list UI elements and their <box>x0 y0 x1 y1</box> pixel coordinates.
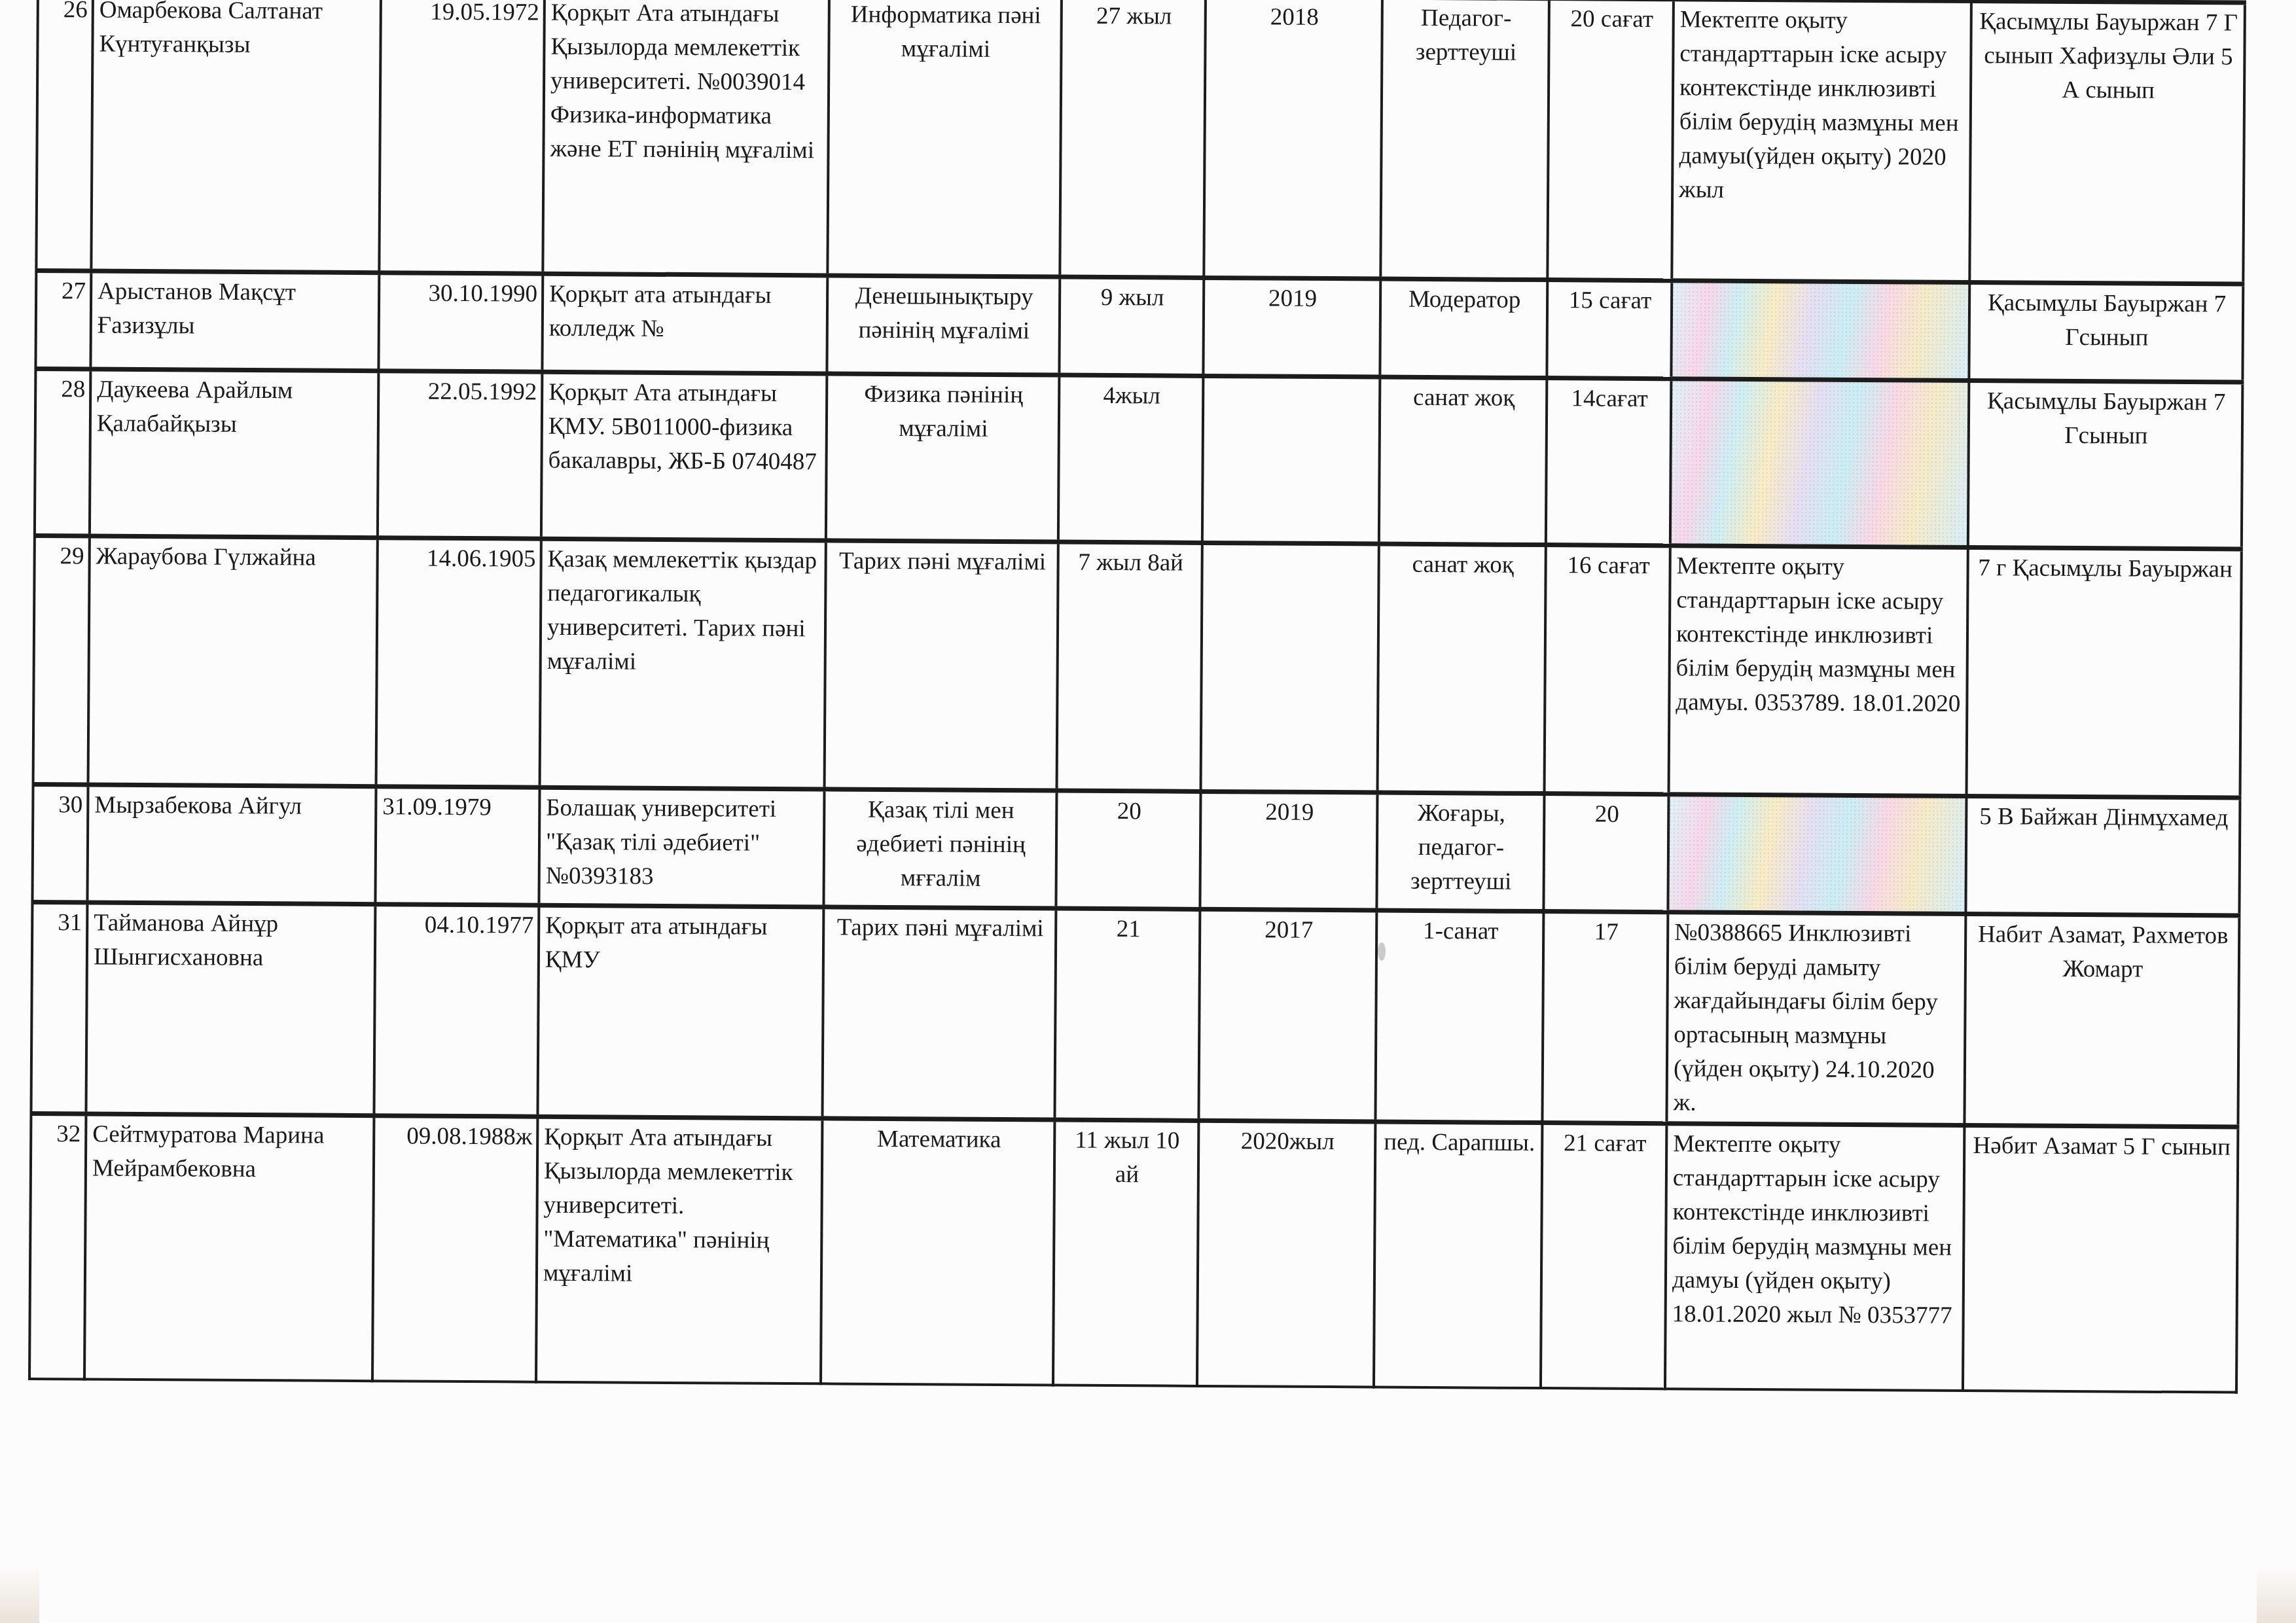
table-row: 30 Мырзабекова Айгул 31.09.1979 Болашақ … <box>32 784 2240 916</box>
teaching-load: 17 <box>1542 912 1668 1124</box>
scanned-page: 26 Омарбекова Салтанат Күнтуғанқызы 19.0… <box>0 0 2296 1623</box>
experience: 4жыл <box>1058 375 1204 543</box>
row-number: 29 <box>33 535 90 785</box>
birth-date: 19.05.1972 <box>379 0 545 274</box>
category: Модератор <box>1380 279 1547 378</box>
category: пед. Сарапшы. <box>1374 1122 1542 1388</box>
mentored-students: Қасымұлы Бауыржан 7 Гсынып <box>1968 381 2243 550</box>
row-number: 28 <box>35 369 91 537</box>
teaching-load: 20 сағат <box>1547 0 1674 281</box>
teaching-load: 20 <box>1543 794 1668 912</box>
education: Қорқыт Ата атындағы Қызылорда мемлекетті… <box>536 1116 822 1383</box>
course-certificate: Мектепте оқыту стандарттарын іске асыру … <box>1672 0 1971 283</box>
attestation-year: 2019 <box>1200 791 1377 910</box>
birth-date: 31.09.1979 <box>375 787 539 906</box>
category: Жоғары, педагог-зерттеуші <box>1376 793 1544 912</box>
education: Қорқыт ата атындағы колледж № <box>542 274 827 374</box>
attestation-year: 2017 <box>1198 909 1376 1122</box>
row-number: 32 <box>29 1113 86 1379</box>
attestation-year: 2020жыл <box>1197 1120 1375 1387</box>
teacher-name: Мырзабекова Айгул <box>87 785 376 904</box>
category: Педагог-зерттеуші <box>1380 0 1549 280</box>
birth-date: 22.05.1992 <box>378 371 543 539</box>
experience: 9 жыл <box>1059 277 1204 376</box>
mentored-students: Қасымұлы Бауыржан 7 Г сынып Хафизұлы Әли… <box>1969 1 2245 285</box>
teaching-load: 21 сағат <box>1541 1123 1666 1389</box>
subject: Физика пәнінің мұғалімі <box>826 374 1060 542</box>
attestation-year <box>1202 376 1380 544</box>
experience: 11 жыл 10 ай <box>1053 1120 1198 1385</box>
table-row: 27 Арыстанов Мақсұт Ғазизұлы 30.10.1990 … <box>35 271 2243 383</box>
table-row: 29 Жараубова Гүлжайна 14.06.1905 Қазақ м… <box>33 535 2242 798</box>
category: 1-санат <box>1375 910 1543 1123</box>
row-number: 30 <box>32 784 88 902</box>
course-certificate-hologram <box>1670 379 1969 548</box>
teacher-name: Омарбекова Салтанат Күнтуғанқызы <box>91 0 381 273</box>
attestation-year: 2019 <box>1203 277 1380 377</box>
attestation-year <box>1201 543 1379 793</box>
table-row: 26 Омарбекова Салтанат Күнтуғанқызы 19.0… <box>36 0 2245 284</box>
education: Қазақ мемлекеттік қыздар педагогикалық у… <box>540 539 826 789</box>
course-certificate: Мектепте оқыту стандарттарын іске асыру … <box>1669 546 1968 796</box>
education: Болашақ университеті "Қазақ тілі әдебиет… <box>539 787 824 907</box>
course-certificate: №0388665 Инклюзивті білім беруді дамыту … <box>1666 912 1965 1126</box>
table-row: 31 Тайманова Айнұр Шынгисхановна 04.10.1… <box>31 902 2239 1127</box>
birth-date: 30.10.1990 <box>378 273 543 372</box>
mentored-students: Қасымұлы Бауыржан 7 Гсынып <box>1969 283 2243 383</box>
teacher-name: Сейтмуратова Марина Мейрамбековна <box>84 1114 374 1381</box>
table-body: 26 Омарбекова Салтанат Күнтуғанқызы 19.0… <box>29 0 2245 1392</box>
table-row: 28 Даукеева Арайлым Қалабайқызы 22.05.19… <box>35 369 2242 550</box>
attestation-year: 2018 <box>1204 0 1382 279</box>
mentored-students: 5 В Байжан Дінмұхамед <box>1965 796 2240 916</box>
mentored-students: Нәбит Азамат 5 Г сынып <box>1963 1126 2238 1393</box>
education: Қорқыт Ата атындағы Қызылорда мемлекетті… <box>543 0 829 276</box>
mentored-students: Набит Азамат, Рахметов Жомарт <box>1964 914 2239 1128</box>
staff-table: 26 Омарбекова Салтанат Күнтуғанқызы 19.0… <box>28 0 2246 1393</box>
course-certificate-hologram <box>1668 794 1966 914</box>
teaching-load: 14сағат <box>1546 378 1672 546</box>
experience: 27 жыл <box>1060 0 1206 277</box>
teaching-load: 15 сағат <box>1547 280 1672 379</box>
teacher-name: Тайманова Айнұр Шынгисхановна <box>86 902 375 1116</box>
table-row: 32 Сейтмуратова Марина Мейрамбековна 09.… <box>29 1113 2238 1392</box>
experience: 21 <box>1054 908 1200 1120</box>
birth-date: 09.08.1988ж <box>372 1116 537 1382</box>
category: санат жоқ <box>1378 544 1546 794</box>
scan-edge-shadow <box>2257 1564 2296 1623</box>
teacher-name: Жараубова Гүлжайна <box>88 536 378 787</box>
course-certificate-hologram <box>1671 281 1969 381</box>
experience: 20 <box>1056 791 1200 909</box>
experience: 7 жыл 8ай <box>1057 542 1202 791</box>
mentored-students: 7 г Қасымұлы Бауыржан <box>1967 548 2242 798</box>
scan-edge-shadow <box>0 1564 39 1623</box>
birth-date: 04.10.1977 <box>374 904 539 1117</box>
teacher-name: Даукеева Арайлым Қалабайқызы <box>90 369 379 538</box>
scan-artifact <box>1378 942 1386 961</box>
course-certificate: Мектепте оқыту стандарттарын іске асыру … <box>1665 1124 1964 1391</box>
row-number: 27 <box>35 271 91 370</box>
subject: Тарих пәні мұғалімі <box>822 907 1056 1120</box>
subject: Математика <box>821 1118 1054 1385</box>
subject: Информатика пәні мұғалімі <box>827 0 1062 277</box>
row-number: 26 <box>36 0 93 271</box>
teaching-load: 16 сағат <box>1545 545 1670 794</box>
subject: Денешынықтыру пәнінің мұғалімі <box>827 276 1060 375</box>
row-number: 31 <box>31 902 87 1114</box>
education: Қорқыт Ата атындағы ҚМУ. 5В011000-физика… <box>541 372 827 541</box>
birth-date: 14.06.1905 <box>376 538 541 788</box>
teacher-name: Арыстанов Мақсұт Ғазизұлы <box>90 271 379 371</box>
subject: Тарих пәні мұғалімі <box>825 541 1058 791</box>
subject: Қазақ тілі мен әдебиеті пәнінің мғғалім <box>823 789 1056 908</box>
category: санат жоқ <box>1379 377 1547 545</box>
education: Қорқыт ата атындағы ҚМУ <box>537 905 823 1118</box>
